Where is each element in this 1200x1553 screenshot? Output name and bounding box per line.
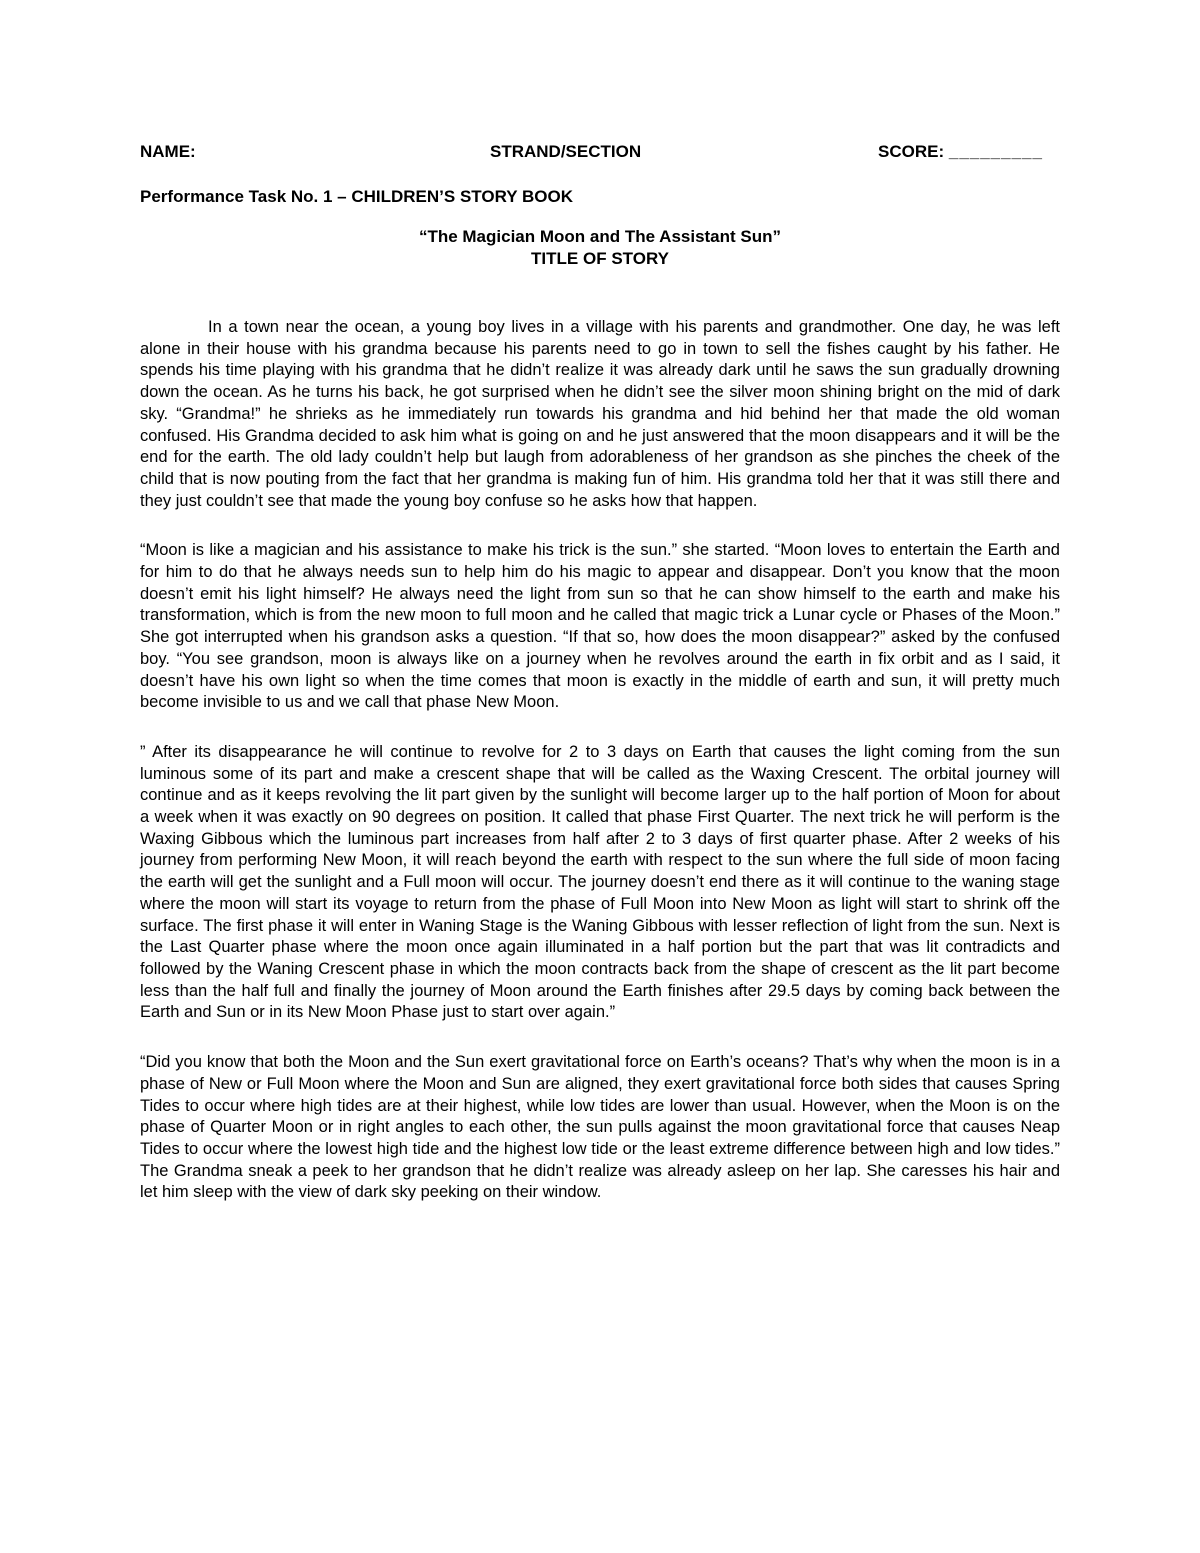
strand-section-label: STRAND/SECTION bbox=[490, 140, 641, 164]
score-blank-line: _________ bbox=[949, 142, 1043, 161]
name-label: NAME: bbox=[140, 140, 196, 164]
worksheet-document: NAME: STRAND/SECTION SCORE: _________ Pe… bbox=[140, 0, 1060, 1232]
document-header-row: NAME: STRAND/SECTION SCORE: _________ bbox=[140, 140, 1060, 164]
document-page: { "document": { "header": { "name_label"… bbox=[0, 0, 1200, 1553]
score-label: SCORE: bbox=[878, 142, 944, 161]
story-paragraph: “Did you know that both the Moon and the… bbox=[140, 1052, 1060, 1204]
story-paragraph: ” After its disappearance he will contin… bbox=[140, 742, 1060, 1024]
story-paragraph: “Moon is like a magician and his assista… bbox=[140, 540, 1060, 714]
story-paragraph: In a town near the ocean, a young boy li… bbox=[140, 317, 1060, 512]
story-body: In a town near the ocean, a young boy li… bbox=[140, 317, 1060, 1204]
score-field: SCORE: _________ bbox=[878, 140, 1043, 164]
story-title: “The Magician Moon and The Assistant Sun… bbox=[140, 226, 1060, 248]
title-caption: TITLE OF STORY bbox=[140, 248, 1060, 270]
task-heading: Performance Task No. 1 – CHILDREN’S STOR… bbox=[140, 185, 1060, 209]
